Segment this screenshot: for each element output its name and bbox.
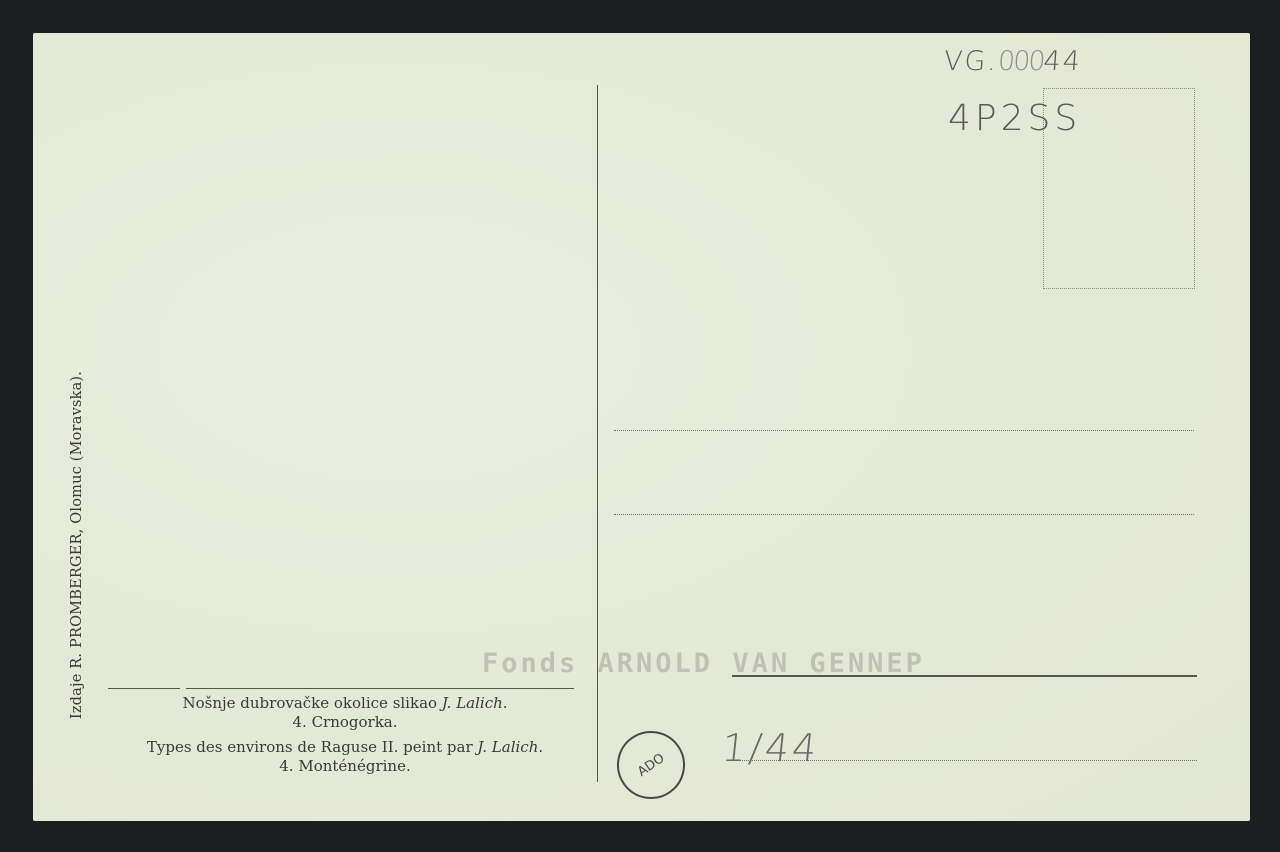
handwritten-number: 1/44 [720,726,822,770]
artist-name: J. Lalich. [477,738,543,756]
caption-rule-left [108,688,180,689]
handwritten-reference: VG.00044 [943,46,1083,77]
caption-rule-right [186,688,574,689]
handwritten-code: 4P2SS [948,98,1081,139]
publisher-imprint: Izdaje R. PROMBERGER, Olomuc (Moravska). [69,371,85,719]
caption-line-1: Nošnje dubrovačke okolice slikao J. Lali… [100,694,590,713]
artist-name: J. Lalich. [442,694,508,712]
caption-line-3: Types des environs de Raguse II. peint p… [100,738,590,757]
caption-line-2: 4. Crnogorka. [100,713,590,732]
caption-block: Nošnje dubrovačke okolice slikao J. Lali… [100,694,590,776]
caption-line-4: 4. Monténégrine. [100,757,590,776]
fonds-stamp: Fonds ARNOLD VAN GENNEP [482,648,925,679]
address-line-1 [614,430,1194,431]
address-line-2 [614,514,1194,515]
